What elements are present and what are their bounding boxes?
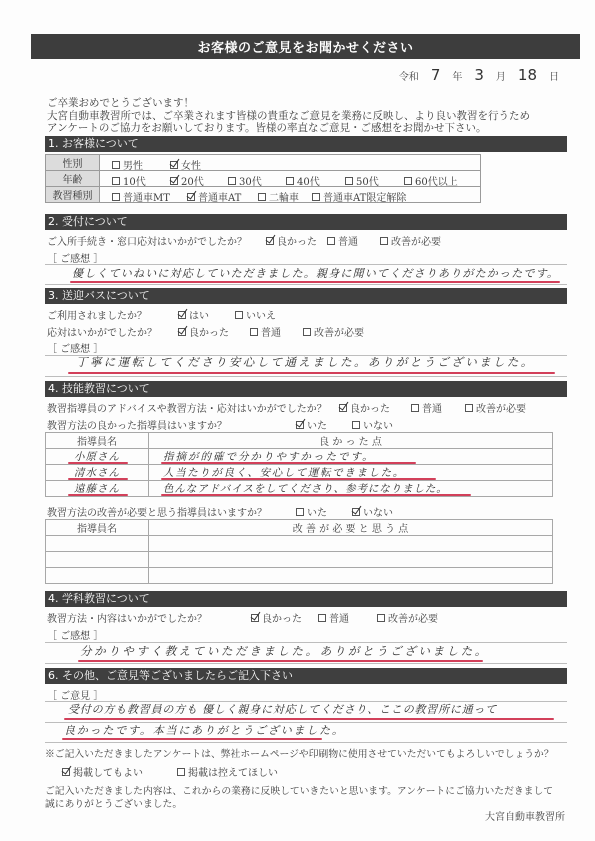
intro-line: ご卒業おめでとうございます！ <box>47 97 530 110</box>
checkbox[interactable] <box>380 237 388 245</box>
reception-good-option[interactable]: 良かった <box>266 233 317 248</box>
bus-comment-label: ［ ご感想 ］ <box>47 340 103 355</box>
license-type-row: 教習種別 普通車MT 普通車AT 二輪車 普通車AT限定解除 <box>46 187 481 203</box>
highlight-underline <box>78 660 483 662</box>
classroom-normal-option[interactable]: 普通 <box>318 610 349 625</box>
improve-instructor-question: 教習方法の改善が必要と思う指導員はいますか？ <box>47 504 267 519</box>
instructor-name-cell[interactable] <box>46 568 149 584</box>
checkbox[interactable] <box>465 404 473 412</box>
table-row <box>46 568 553 584</box>
improve-point-cell[interactable] <box>149 568 553 584</box>
table-header-row: 指導員名 改 善 が 必 要 と 思 う 点 <box>46 520 553 536</box>
checkbox-checked[interactable] <box>62 768 70 776</box>
good-instructor-table: 指導員名 良 か っ た 点 小原さん 指摘が的確で分かりやすかったです。 清水… <box>45 432 553 497</box>
intro-line: アンケートのご協力をお願いしております。皆様の率直なご意見・ご感想をお聞かせ下さ… <box>47 122 530 135</box>
checkbox[interactable] <box>250 328 258 336</box>
good-instructor-question: 教習方法の良かった指導員はいますか？ <box>47 417 227 432</box>
date-year-unit: 年 <box>452 68 462 83</box>
checkbox-checked[interactable] <box>170 177 178 185</box>
checkbox-checked[interactable] <box>170 161 178 169</box>
checkbox-checked[interactable] <box>339 404 347 412</box>
reception-comment[interactable]: 優しくていねいに対応していただきました。親身に聞いてくださりありがたかったです。 <box>72 265 559 281</box>
classroom-question: 教習方法・内容はいかがでしたか？ <box>47 610 207 625</box>
gender-label: 性別 <box>46 155 100 171</box>
column-header-instructor: 指導員名 <box>46 520 149 536</box>
column-header-improve-points: 改 善 が 必 要 と 思 う 点 <box>149 520 553 536</box>
divider <box>45 284 567 285</box>
table-row: 遠藤さん 色んなアドバイスをしてくださり、参考になりました。 <box>46 481 553 497</box>
bus-use-yes-option[interactable]: はい <box>178 307 209 322</box>
checkbox-checked[interactable] <box>251 614 259 622</box>
classroom-comment-label: ［ ご感想 ］ <box>47 627 103 642</box>
signature: 大宮自動車教習所 <box>485 812 565 825</box>
survey-title: お客様のご意見をお聞かせください <box>31 34 580 59</box>
bus-use-question: ご利用されましたか？ <box>47 307 147 322</box>
checkbox[interactable] <box>286 177 294 185</box>
classroom-comment[interactable]: 分かりやすく教えていただきました。ありがとうございました。 <box>80 643 489 659</box>
improve-instructor-table: 指導員名 改 善 が 必 要 と 思 う 点 <box>45 519 553 584</box>
checkbox[interactable] <box>303 328 311 336</box>
checkbox[interactable] <box>112 193 120 201</box>
highlight-underline <box>68 494 128 496</box>
bus-use-no-option[interactable]: いいえ <box>235 307 276 322</box>
divider <box>45 742 567 743</box>
checkbox-checked[interactable] <box>178 328 186 336</box>
date-day-unit: 日 <box>549 68 559 83</box>
checkbox[interactable] <box>312 193 320 201</box>
reception-comment-label: ［ ご感想 ］ <box>47 250 103 265</box>
bus-service-improve-option[interactable]: 改善が必要 <box>303 324 364 339</box>
license-at-option[interactable]: 普通車AT <box>187 189 241 204</box>
reception-improve-option[interactable]: 改善が必要 <box>380 233 441 248</box>
reception-normal-option[interactable]: 普通 <box>327 233 358 248</box>
checkbox-checked[interactable] <box>187 193 195 201</box>
closing-line: 誠にありがとうございました。 <box>45 799 553 812</box>
instructor-rating-question: 教習指導員のアドバイスや教習方法・応対はいかがでしたか？ <box>47 400 327 415</box>
checkbox[interactable] <box>112 177 120 185</box>
section-5-header: 4. 学科教習について <box>45 591 567 607</box>
improve-instructor-yes-option[interactable]: いた <box>296 504 327 519</box>
good-instructor-yes-option[interactable]: いた <box>296 417 327 432</box>
license-mt-option[interactable]: 普通車MT <box>112 189 170 204</box>
date-month[interactable]: 3 <box>474 66 484 84</box>
other-comment-label: ［ ご意見 ］ <box>47 687 103 702</box>
consent-question: ※ご記入いただきましたアンケートは、弊社ホームページや印刷物に使用させていただい… <box>45 749 554 762</box>
intro-text: ご卒業おめでとうございます！ 大宮自動車教習所では、ご卒業されます皆様の貴重なご… <box>47 97 530 135</box>
instructor-name-cell[interactable] <box>46 536 149 552</box>
closing-text: ご記入いただきました内容は、これからの業務に反映していきたいと思います。アンケー… <box>45 786 553 811</box>
table-header-row: 指導員名 良 か っ た 点 <box>46 433 553 449</box>
date-line: 令和 7 年 3 月 18 日 <box>399 66 559 84</box>
checkbox[interactable] <box>112 161 120 169</box>
consent-allow-option[interactable]: 掲載してもよい <box>62 764 143 779</box>
section-3-header: 3. 送迎バスについて <box>45 288 567 304</box>
improve-point-cell[interactable] <box>149 552 553 568</box>
gender-row: 性別 男性 女性 <box>46 155 481 171</box>
checkbox-checked[interactable] <box>178 311 186 319</box>
intro-line: 大宮自動車教習所では、ご卒業されます皆様の貴重なご意見を業務に反映し、より良い教… <box>47 110 530 123</box>
license-type-label: 教習種別 <box>46 187 100 203</box>
highlight-underline <box>70 281 560 283</box>
checkbox[interactable] <box>258 193 266 201</box>
table-row <box>46 536 553 552</box>
table-row <box>46 552 553 568</box>
divider <box>45 663 567 664</box>
age-row: 年齢 10代 20代 30代 40代 50代 60代以上 <box>46 171 481 187</box>
section-4-header: 4. 技能教習について <box>45 381 567 397</box>
column-header-good-points: 良 か っ た 点 <box>149 433 553 449</box>
checkbox[interactable] <box>228 177 236 185</box>
divider <box>45 376 567 377</box>
improve-instructor-no-option[interactable]: いない <box>352 504 393 519</box>
reception-question: ご入所手続き・窓口応対はいかがでしたか？ <box>47 233 247 248</box>
bus-service-good-option[interactable]: 良かった <box>178 324 229 339</box>
highlight-underline <box>64 718 554 720</box>
license-motorcycle-option[interactable]: 二輪車 <box>258 189 299 204</box>
section-1-header: 1. お客様について <box>45 136 567 152</box>
section-2-header: 2. 受付について <box>45 214 567 230</box>
highlight-underline <box>68 372 555 374</box>
checkbox[interactable] <box>235 311 243 319</box>
bus-service-normal-option[interactable]: 普通 <box>250 324 281 339</box>
checkbox-checked[interactable] <box>266 237 274 245</box>
highlight-underline <box>161 494 471 496</box>
improve-point-cell[interactable] <box>149 536 553 552</box>
checkbox[interactable] <box>345 177 353 185</box>
bus-comment[interactable]: 丁寧に運転してくださり安心して通えました。ありがとうございました。 <box>76 354 535 370</box>
age-label: 年齢 <box>46 171 100 187</box>
checkbox-checked[interactable] <box>352 508 360 516</box>
checkbox[interactable] <box>177 768 185 776</box>
classroom-good-option[interactable]: 良かった <box>251 610 302 625</box>
date-month-unit: 月 <box>496 68 506 83</box>
instructor-name-cell[interactable] <box>46 552 149 568</box>
instructor-good-option[interactable]: 良かった <box>339 400 390 415</box>
date-day[interactable]: 18 <box>518 66 537 84</box>
instructor-improve-option[interactable]: 改善が必要 <box>465 400 526 415</box>
checkbox[interactable] <box>327 237 335 245</box>
bus-service-question: 応対はいかがでしたか？ <box>47 324 157 339</box>
checkbox[interactable] <box>404 177 412 185</box>
other-comment-line-1[interactable]: 受付の方も教習員の方も 優しく親身に対応してくださり、ここの教習所に通って <box>68 701 497 717</box>
consent-decline-option[interactable]: 掲載は控えてほしい <box>177 764 278 779</box>
checkbox[interactable] <box>318 614 326 622</box>
checkbox-checked[interactable] <box>296 421 304 429</box>
classroom-improve-option[interactable]: 改善が必要 <box>377 610 438 625</box>
checkbox[interactable] <box>411 404 419 412</box>
date-year[interactable]: 7 <box>431 66 441 84</box>
other-comment-line-2[interactable]: 良かったです。本当にありがとうございました。 <box>64 722 345 738</box>
column-header-instructor: 指導員名 <box>46 433 149 449</box>
highlight-underline <box>62 738 322 740</box>
good-instructor-no-option[interactable]: いない <box>352 417 393 432</box>
checkbox[interactable] <box>352 421 360 429</box>
checkbox[interactable] <box>296 508 304 516</box>
customer-info-table: 性別 男性 女性 年齢 10代 20代 30代 40代 50代 60代以上 教習… <box>45 154 481 203</box>
closing-line: ご記入いただきました内容は、これからの業務に反映していきたいと思います。アンケー… <box>45 786 553 799</box>
section-6-header: 6. その他、ご意見等ございましたらご記入下さい <box>45 668 567 684</box>
checkbox[interactable] <box>377 614 385 622</box>
license-at-unlock-option[interactable]: 普通車AT限定解除 <box>312 189 406 204</box>
table-row: 清水さん 人当たりが良く、安心して運転できました。 <box>46 465 553 481</box>
instructor-normal-option[interactable]: 普通 <box>411 400 442 415</box>
table-row: 小原さん 指摘が的確で分かりやすかったです。 <box>46 449 553 465</box>
date-era: 令和 <box>399 68 419 83</box>
